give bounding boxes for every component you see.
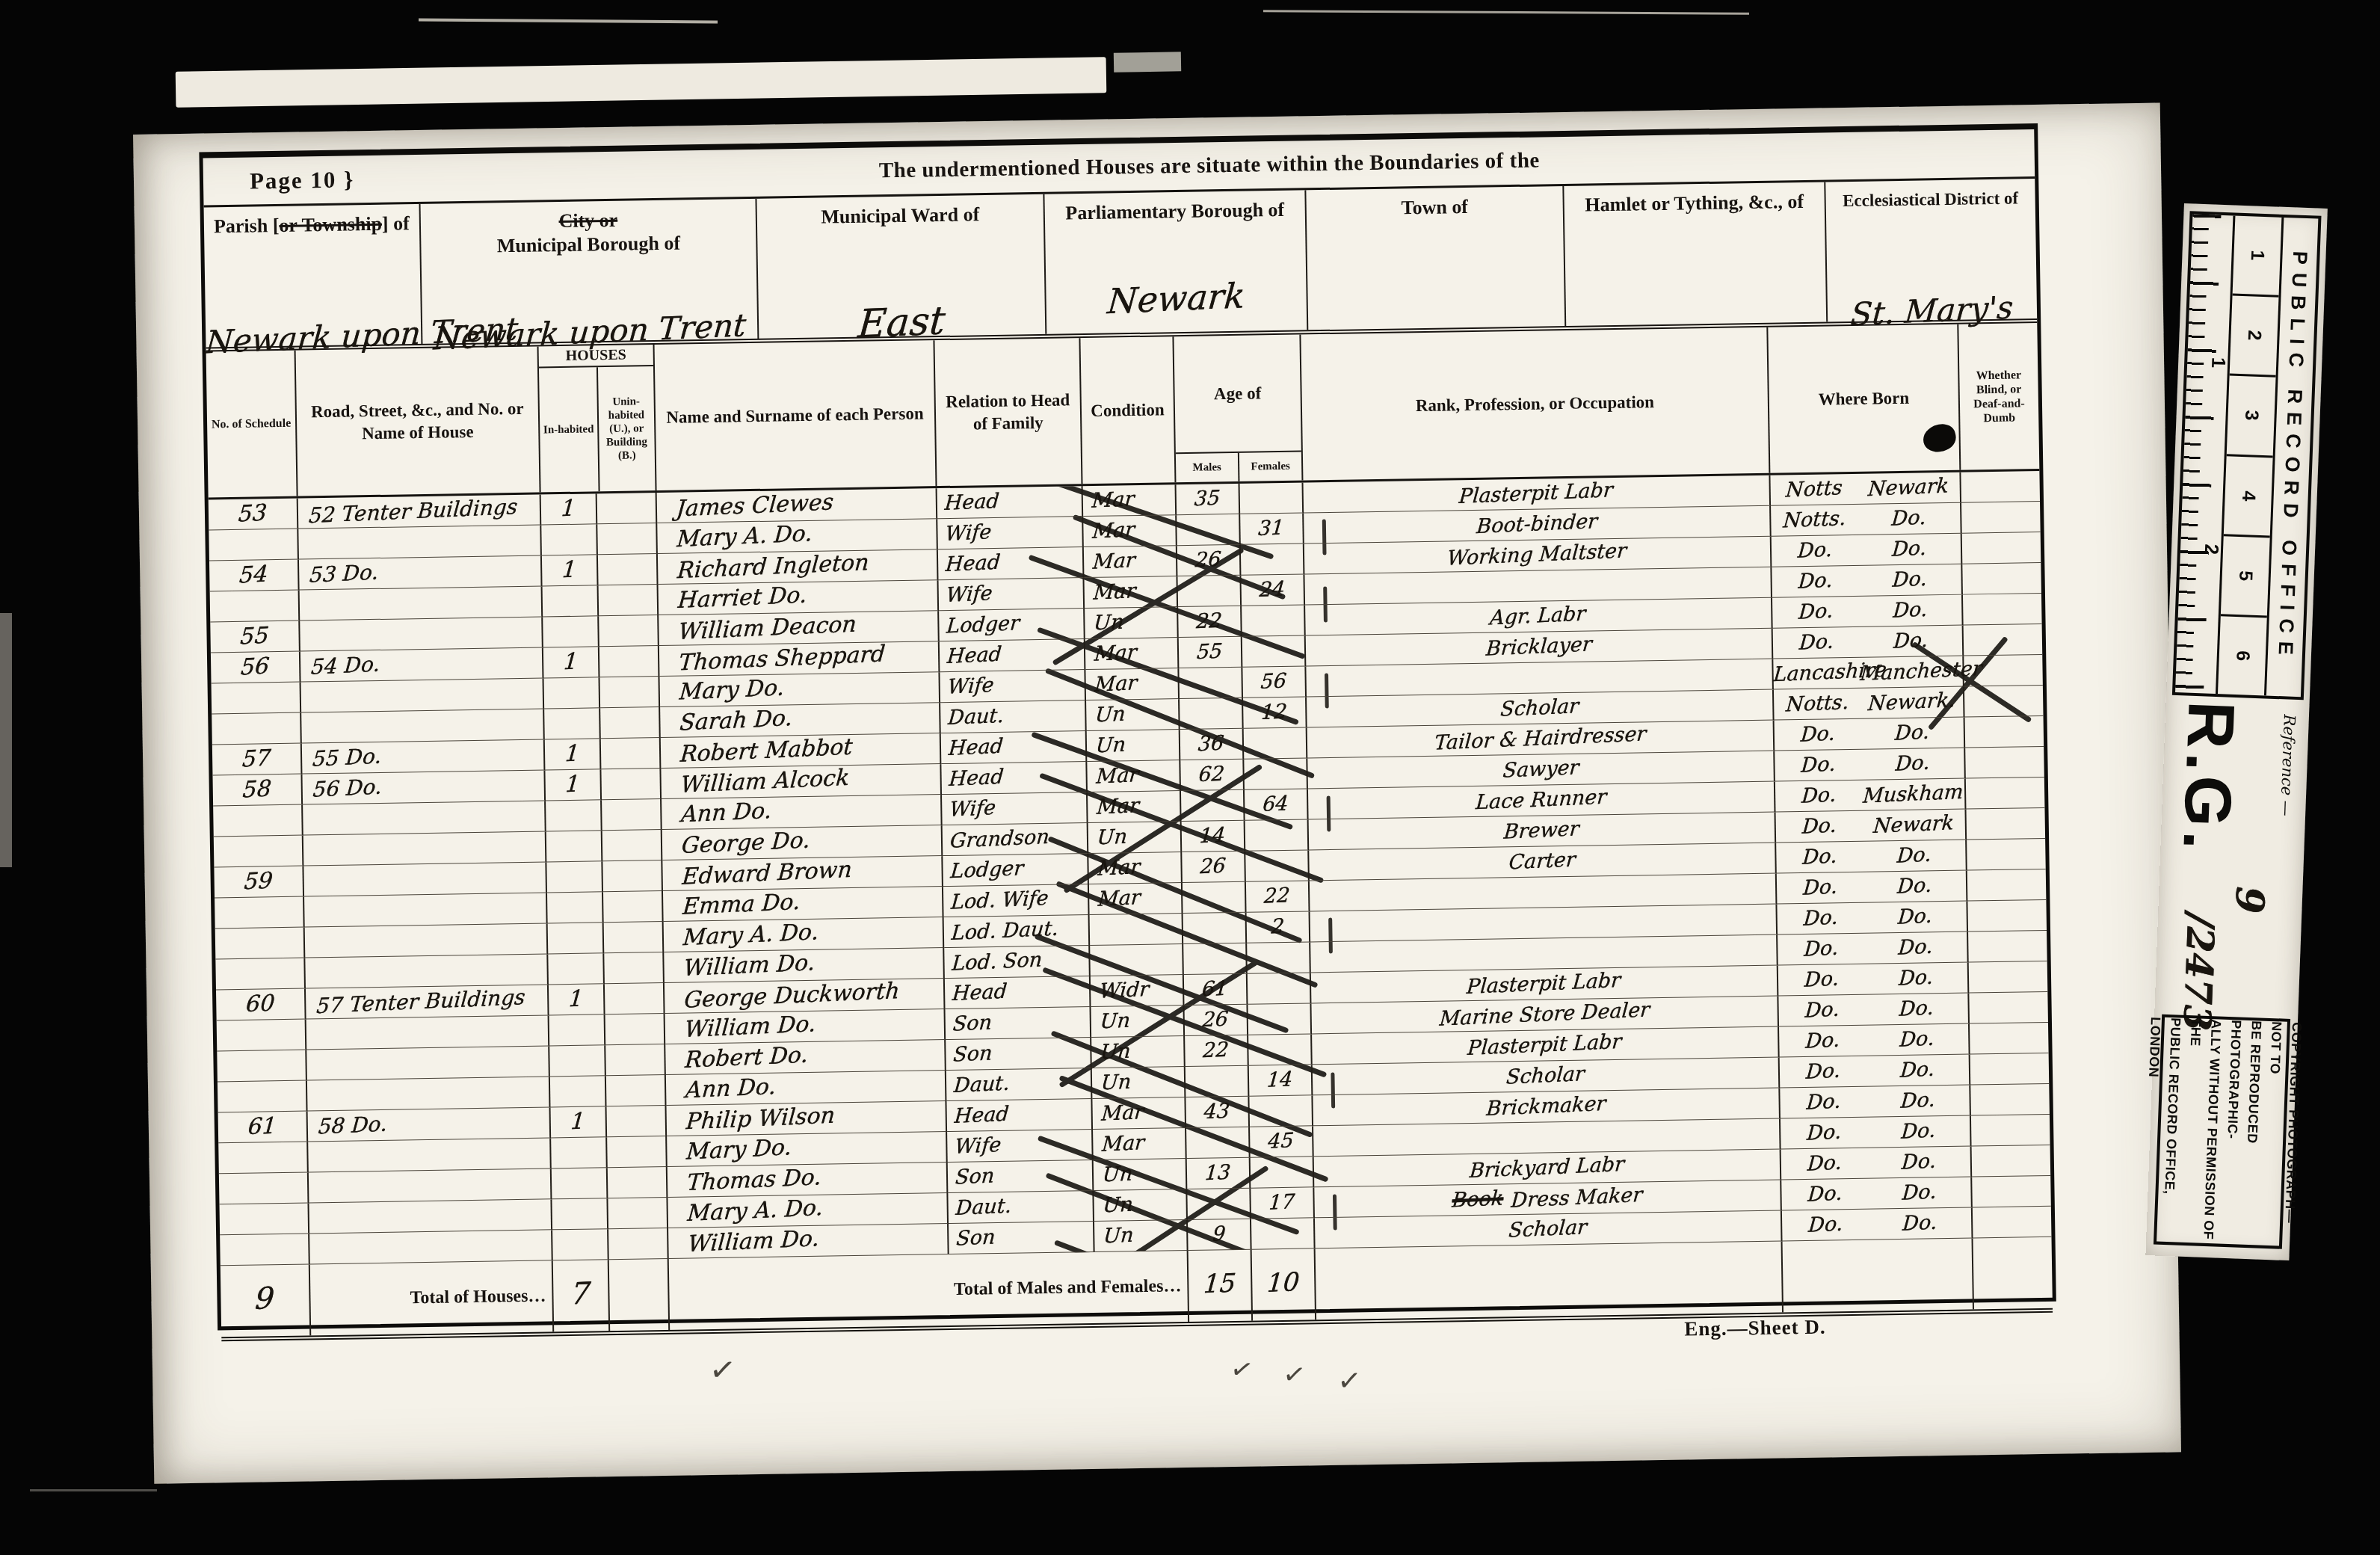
cell-name: Robert Do. bbox=[665, 1040, 946, 1075]
cell-born: Do.Do. bbox=[1773, 626, 1964, 659]
census-rows: 5352 Tenter Buildings1James ClewesHeadMa… bbox=[209, 471, 2052, 1266]
cell-f bbox=[1248, 973, 1312, 1004]
cell-inh bbox=[541, 524, 598, 555]
cell-uninh bbox=[602, 799, 662, 831]
males-total: 15 bbox=[1189, 1250, 1253, 1322]
cell-born: Do.Muskham bbox=[1775, 779, 1967, 813]
cell-inh bbox=[552, 1198, 608, 1230]
cell-born: Do.Do. bbox=[1781, 1177, 1973, 1211]
cell-f bbox=[1247, 942, 1311, 973]
born-place: Do. bbox=[1863, 900, 1968, 934]
cell-sched: 55 bbox=[210, 621, 300, 653]
cell-uninh bbox=[605, 983, 665, 1014]
born-county: Notts. bbox=[1773, 687, 1862, 721]
cell-inh bbox=[543, 677, 600, 709]
cell-born: Do.Do. bbox=[1779, 1024, 1970, 1058]
film-scratch bbox=[30, 1489, 157, 1491]
cell-uninh bbox=[606, 1075, 667, 1106]
district-label: Parish [or Township] of bbox=[204, 212, 419, 239]
cell-sched: 57 bbox=[212, 744, 303, 776]
cell-house bbox=[309, 1199, 552, 1234]
born-place: Do. bbox=[1858, 532, 1962, 567]
cell-born: Do.Do. bbox=[1781, 1147, 1973, 1180]
cell-cond: Mar bbox=[1087, 760, 1181, 792]
cell-blind bbox=[1961, 502, 2041, 534]
born-footer-cell bbox=[1783, 1239, 1974, 1313]
cell-f bbox=[1249, 1095, 1313, 1127]
cell-name: William Alcock bbox=[661, 764, 942, 799]
born-place: Do. bbox=[1864, 961, 1969, 996]
cell-f: 45 bbox=[1250, 1126, 1314, 1157]
cell-rel: Son bbox=[946, 1038, 1092, 1071]
cell-house bbox=[303, 862, 547, 896]
cell-born: Do.Newark bbox=[1776, 810, 1967, 843]
cell-house bbox=[298, 525, 542, 559]
cell-blind bbox=[1971, 1115, 2050, 1147]
cell-blind bbox=[1964, 686, 2044, 718]
cell-born: Do.Do. bbox=[1782, 1208, 1973, 1242]
district-value: Newark upon Trent bbox=[206, 316, 422, 357]
cell-uninh bbox=[607, 1106, 668, 1137]
born-place: Do. bbox=[1860, 716, 1965, 751]
film-background: Page 10 } The undermentioned Houses are … bbox=[0, 0, 2380, 1555]
cell-inh bbox=[547, 892, 604, 923]
cell-cond: Un bbox=[1094, 1220, 1189, 1252]
born-place: Do. bbox=[1863, 931, 1968, 965]
cell-uninh bbox=[603, 891, 664, 923]
ruler-number: 6 bbox=[2231, 650, 2253, 662]
born-county: Do. bbox=[1780, 1147, 1869, 1180]
cell-f: 17 bbox=[1251, 1187, 1315, 1219]
cell-sched bbox=[215, 897, 305, 929]
cell-house bbox=[301, 709, 545, 743]
adjacent-page-edge bbox=[176, 57, 1107, 108]
born-place: Do. bbox=[1867, 1176, 1972, 1210]
district-borough: City orMunicipal Borough of Newark upon … bbox=[421, 199, 759, 344]
cell-blind bbox=[1962, 563, 2041, 595]
check-mark: ✓ bbox=[1336, 1363, 1363, 1398]
cell-f bbox=[1245, 819, 1310, 851]
cell-born: Do.Do. bbox=[1776, 840, 1967, 874]
cell-blind bbox=[1967, 900, 2047, 932]
cell-blind bbox=[1972, 1145, 2051, 1177]
ruler: 1 2 1 2 3 4 5 6 PUBLIC RECORD OFFICE bbox=[2172, 211, 2322, 700]
cell-rel: Daut. bbox=[946, 1068, 1093, 1101]
cell-rel: Head bbox=[938, 547, 1085, 580]
cell-m: 62 bbox=[1180, 760, 1245, 791]
inch-number: 2 bbox=[2200, 544, 2224, 555]
blind-footer-cell bbox=[1973, 1237, 2052, 1310]
cell-f: 64 bbox=[1245, 789, 1309, 820]
born-county: Notts bbox=[1769, 472, 1858, 506]
schedule-total-cell: 9 bbox=[221, 1264, 311, 1337]
cell-house bbox=[305, 923, 549, 958]
reference-section: Reference — R.G. 9 /2473 bbox=[2154, 697, 2310, 1023]
cell-blind bbox=[1969, 961, 2048, 994]
cell-f: 12 bbox=[1243, 697, 1307, 728]
page-number: Page 10 } bbox=[203, 162, 564, 195]
cell-name: Thomas Sheppard bbox=[659, 641, 940, 677]
cell-cond: Un bbox=[1092, 1067, 1186, 1099]
born-county: Do. bbox=[1775, 779, 1863, 813]
cell-cond: Un bbox=[1086, 699, 1180, 731]
born-county: Do. bbox=[1778, 1055, 1867, 1088]
born-county: Do. bbox=[1773, 718, 1862, 751]
cell-cond: Mar bbox=[1088, 791, 1182, 823]
cell-blind bbox=[1969, 992, 2048, 1024]
col-inhabited: In-habited bbox=[539, 367, 600, 492]
cell-sched: 59 bbox=[214, 866, 304, 899]
cell-name: William Deacon bbox=[659, 611, 940, 646]
cell-cond: Un bbox=[1085, 607, 1179, 639]
cell-house: 53 Do. bbox=[299, 555, 543, 590]
cell-f bbox=[1242, 605, 1306, 636]
cell-sched bbox=[214, 836, 304, 868]
cell-uninh bbox=[601, 738, 662, 769]
cell-sched: 56 bbox=[211, 652, 301, 684]
cell-house bbox=[309, 1230, 553, 1264]
cell-blind bbox=[1970, 1023, 2049, 1055]
born-place: Do. bbox=[1860, 747, 1965, 781]
cell-rel: Head bbox=[946, 1099, 1093, 1132]
cell-uninh bbox=[598, 554, 659, 585]
col-houses-group: HOUSES In-habited Unin-habited (U.), or … bbox=[539, 345, 657, 492]
cell-uninh bbox=[605, 1014, 666, 1045]
cell-uninh bbox=[602, 830, 663, 861]
cell-born: Do.Do. bbox=[1777, 902, 1968, 935]
total-mf-label: Total of Males and Females… bbox=[669, 1251, 1189, 1330]
cell-house bbox=[301, 678, 545, 712]
cell-cond: Un bbox=[1091, 1006, 1185, 1038]
cell-house bbox=[306, 1015, 550, 1050]
cell-inh: 1 bbox=[541, 493, 598, 525]
cell-house: 58 Do. bbox=[308, 1107, 552, 1142]
col-females: Females bbox=[1239, 452, 1302, 481]
born-place: Do. bbox=[1858, 594, 1963, 628]
cell-f: 22 bbox=[1246, 881, 1310, 912]
cell-uninh bbox=[608, 1167, 668, 1198]
district-label: Town of bbox=[1307, 194, 1563, 221]
col-condition: Condition bbox=[1080, 336, 1176, 484]
cell-blind bbox=[1962, 532, 2041, 564]
cell-born: Do.Do. bbox=[1775, 718, 1966, 751]
col-blind: Whether Blind, or Deaf-and-Dumb bbox=[1958, 323, 2039, 470]
ruler-number: 1 bbox=[2246, 250, 2268, 261]
cell-name: Mary A. Do. bbox=[668, 1193, 949, 1228]
born-place: Do. bbox=[1865, 1023, 1970, 1057]
district-ward: Municipal Ward of East bbox=[756, 194, 1046, 339]
cell-name: William Do. bbox=[665, 1009, 946, 1044]
cell-m: 22 bbox=[1178, 606, 1242, 638]
col-road: Road, Street, &c., and No. or Name of Ho… bbox=[296, 347, 541, 496]
cell-inh: 1 bbox=[551, 1106, 608, 1138]
cell-cond bbox=[1090, 914, 1184, 946]
check-mark: ✓ bbox=[1227, 1352, 1257, 1388]
cell-sched: 54 bbox=[209, 560, 300, 592]
cell-m bbox=[1183, 882, 1247, 914]
cell-inh bbox=[550, 1076, 607, 1107]
cell-house bbox=[300, 586, 543, 621]
born-place: Do. bbox=[1866, 1115, 1971, 1149]
cell-name: Mary Do. bbox=[659, 672, 940, 707]
cell-house bbox=[309, 1168, 552, 1203]
cell-cond: Un bbox=[1091, 1036, 1186, 1068]
cell-rel: Daut. bbox=[940, 700, 1087, 733]
cell-name: Edward Brown bbox=[662, 856, 943, 891]
cell-rel: Head bbox=[937, 486, 1084, 519]
cell-born: Do.Do. bbox=[1772, 534, 1963, 567]
females-total: 10 bbox=[1252, 1248, 1316, 1320]
cell-inh bbox=[548, 923, 605, 954]
cell-rel: Grandson bbox=[943, 823, 1089, 856]
cell-f bbox=[1248, 1003, 1312, 1035]
born-county: Do. bbox=[1772, 595, 1860, 629]
cell-rel: Head bbox=[941, 731, 1088, 764]
cell-rel: Son bbox=[948, 1160, 1094, 1193]
born-county: Lancashire bbox=[1772, 656, 1861, 690]
col-relation: Relation to Head of Family bbox=[934, 338, 1082, 486]
film-scratch bbox=[419, 19, 718, 24]
cell-sched bbox=[212, 713, 302, 745]
born-place: Muskham bbox=[1861, 777, 1966, 812]
cell-sched bbox=[219, 1172, 309, 1204]
cell-cond: Un bbox=[1094, 1159, 1188, 1191]
cell-name: Harriet Do. bbox=[659, 580, 940, 615]
cell-cond: Mar bbox=[1083, 484, 1177, 517]
cell-cond: Mar bbox=[1093, 1128, 1187, 1160]
census-page: Page 10 } The undermentioned Houses are … bbox=[133, 102, 2181, 1483]
cell-name: Mary Do. bbox=[667, 1132, 948, 1167]
cell-cond: Mar bbox=[1092, 1097, 1186, 1130]
cell-blind bbox=[1968, 931, 2047, 963]
cell-inh bbox=[549, 1014, 606, 1046]
born-place: Newark bbox=[1862, 808, 1967, 843]
record-office-strip: 1 2 1 2 3 4 5 6 PUBLIC RECORD OFFICE Ref… bbox=[2145, 203, 2327, 1260]
cell-m: 9 bbox=[1188, 1219, 1252, 1251]
cell-uninh bbox=[599, 615, 659, 647]
cell-m bbox=[1183, 943, 1248, 975]
ruler-number: 2 bbox=[2243, 330, 2265, 341]
district-parliamentary: Parliamentary Borough of Newark bbox=[1044, 190, 1308, 333]
cell-inh bbox=[544, 708, 601, 739]
cell-f: 31 bbox=[1240, 513, 1304, 544]
adjacent-page-edge bbox=[1114, 52, 1181, 73]
cell-blind bbox=[1963, 594, 2042, 626]
district-label: Parliamentary Borough of bbox=[1045, 197, 1305, 225]
cell-born: Do.Do. bbox=[1781, 1116, 1972, 1150]
cell-sched bbox=[219, 1203, 309, 1235]
cell-m bbox=[1177, 514, 1241, 546]
cell-sched bbox=[215, 928, 306, 960]
cell-inh bbox=[546, 800, 602, 831]
cell-cond: Mar bbox=[1084, 576, 1178, 609]
cell-f bbox=[1240, 482, 1304, 514]
cell-born: LancashireManchester bbox=[1773, 656, 1964, 690]
series-number: 9 bbox=[2226, 886, 2272, 914]
born-place: Do. bbox=[1866, 1053, 1970, 1088]
born-county: Do. bbox=[1778, 1024, 1867, 1058]
ruler-number: 5 bbox=[2234, 570, 2256, 582]
cell-sched: 61 bbox=[218, 1111, 309, 1143]
cell-inh: 1 bbox=[549, 984, 605, 1015]
uninhabited-total-cell bbox=[609, 1259, 670, 1331]
struck-word: Book bbox=[1451, 1183, 1505, 1216]
cell-f bbox=[1245, 850, 1310, 881]
cell-m bbox=[1179, 668, 1243, 699]
born-county: Do. bbox=[1775, 840, 1864, 874]
cell-born: Notts.Newark. bbox=[1774, 687, 1965, 721]
cell-f bbox=[1251, 1218, 1316, 1249]
cell-rel: Lodger bbox=[943, 854, 1089, 887]
district-value: Newark bbox=[1046, 276, 1307, 320]
col-males: Males bbox=[1176, 453, 1240, 482]
born-place: Do. bbox=[1867, 1145, 1972, 1180]
cell-sched: 53 bbox=[209, 499, 299, 531]
cell-m: 43 bbox=[1186, 1097, 1250, 1128]
cell-sched bbox=[210, 591, 300, 623]
cell-blind bbox=[1973, 1207, 2052, 1239]
cell-m: 26 bbox=[1184, 1005, 1248, 1036]
cell-f bbox=[1251, 1157, 1315, 1188]
cell-rel: Son bbox=[946, 1007, 1092, 1040]
ruler-number: 3 bbox=[2240, 410, 2262, 421]
district-value: East bbox=[759, 298, 1046, 348]
born-county: Do. bbox=[1771, 564, 1860, 598]
cell-cond: Mar bbox=[1084, 546, 1178, 578]
cell-uninh bbox=[602, 860, 663, 892]
cell-inh bbox=[549, 1045, 606, 1077]
cell-blind bbox=[1967, 839, 2046, 871]
cell-cond: Mar bbox=[1083, 515, 1177, 547]
cell-m bbox=[1187, 1189, 1251, 1220]
cell-m bbox=[1186, 1066, 1250, 1097]
district-town: Town of bbox=[1306, 186, 1566, 330]
ruler-number: 4 bbox=[2237, 490, 2259, 502]
cell-house bbox=[300, 617, 543, 651]
cell-blind bbox=[1966, 808, 2045, 840]
cell-inh bbox=[546, 831, 603, 862]
cell-f bbox=[1248, 1034, 1313, 1065]
reference-label: Reference — bbox=[2277, 714, 2299, 816]
cell-inh: 1 bbox=[543, 647, 600, 678]
cell-house bbox=[308, 1138, 552, 1172]
cell-uninh bbox=[605, 1044, 666, 1076]
col-name: Name and Surname of each Person bbox=[655, 340, 937, 490]
cell-name: Sarah Do. bbox=[660, 703, 941, 738]
cell-sched bbox=[209, 529, 299, 561]
cell-blind bbox=[1965, 716, 2044, 748]
born-place: Do. bbox=[1868, 1207, 1973, 1241]
cell-rel: Son bbox=[949, 1222, 1095, 1254]
born-place: Do. bbox=[1859, 624, 1964, 659]
cell-house bbox=[303, 831, 547, 866]
born-place: Newark. bbox=[1860, 686, 1964, 720]
cell-born: Do.Do. bbox=[1778, 932, 1969, 966]
cell-name: Thomas Do. bbox=[668, 1163, 949, 1198]
cell-uninh bbox=[601, 769, 662, 800]
census-table-frame: Page 10 } The undermentioned Houses are … bbox=[199, 123, 2056, 1330]
page-heading: The undermentioned Houses are situate wi… bbox=[564, 141, 2035, 188]
cell-inh bbox=[552, 1168, 608, 1199]
cell-inh bbox=[552, 1229, 609, 1260]
born-county: Do. bbox=[1775, 810, 1863, 843]
cell-name: George Do. bbox=[662, 825, 943, 860]
cell-born: Do.Do. bbox=[1778, 994, 1970, 1027]
cell-rel: Head bbox=[941, 762, 1088, 795]
cell-m: 61 bbox=[1184, 974, 1248, 1006]
cell-rel: Daut. bbox=[948, 1191, 1094, 1224]
cell-inh bbox=[551, 1137, 608, 1168]
cell-born: Do.Do. bbox=[1777, 871, 1968, 905]
cell-cond: Un bbox=[1087, 730, 1181, 762]
piece-number: /2473 bbox=[2174, 912, 2223, 1031]
cell-f bbox=[1244, 758, 1308, 789]
occupation-text: Dress Maker bbox=[1510, 1180, 1644, 1216]
rank-footer-cell bbox=[1316, 1242, 1784, 1320]
cell-sched bbox=[218, 1142, 309, 1174]
cell-born: Do.Do. bbox=[1780, 1055, 1971, 1088]
cell-f: 2 bbox=[1247, 911, 1311, 943]
cell-m: 35 bbox=[1177, 484, 1241, 515]
cell-sched bbox=[217, 1050, 307, 1083]
cell-name: Emma Do. bbox=[663, 887, 944, 922]
col-uninhabited: Unin-habited (U.), or Building (B.) bbox=[598, 366, 656, 491]
district-label: City orMunicipal Borough of bbox=[421, 206, 756, 259]
cell-house bbox=[307, 1077, 551, 1111]
cell-house: 57 Tenter Buildings bbox=[306, 985, 549, 1019]
district-label: Ecclesiastical District of bbox=[1825, 186, 2035, 213]
cell-cond: Un bbox=[1094, 1189, 1188, 1222]
cell-blind bbox=[1972, 1176, 2051, 1208]
sheet-label: Eng.—Sheet D. bbox=[1684, 1316, 1826, 1341]
cell-born: Do.Do. bbox=[1778, 963, 1970, 997]
cell-sched: 58 bbox=[212, 775, 303, 807]
district-value: St. Mary's bbox=[1828, 291, 2038, 330]
cell-inh: 1 bbox=[545, 769, 602, 801]
cell-rel: Lod. Son bbox=[944, 946, 1091, 979]
cell-house bbox=[306, 1046, 550, 1080]
cell-blind bbox=[1967, 869, 2047, 902]
cell-f: 24 bbox=[1241, 574, 1305, 606]
cell-blind bbox=[1961, 471, 2040, 503]
born-place: Do. bbox=[1863, 869, 1967, 904]
cell-m: 26 bbox=[1177, 545, 1242, 576]
born-place: Do. bbox=[1862, 839, 1967, 873]
district-value: Newark upon Trent bbox=[422, 311, 758, 353]
cell-inh bbox=[543, 616, 599, 647]
born-county: Do. bbox=[1777, 932, 1866, 966]
total-houses-label: Total of Houses… bbox=[310, 1260, 554, 1335]
born-place: Do. bbox=[1857, 502, 1961, 536]
cell-born: Do.Do. bbox=[1780, 1086, 1971, 1119]
cell-sched bbox=[215, 958, 306, 991]
born-county: Do. bbox=[1778, 963, 1866, 997]
cell-blind bbox=[1964, 655, 2043, 687]
col-age-group: Age of Males Females bbox=[1174, 334, 1303, 482]
cell-cond bbox=[1090, 944, 1184, 976]
cell-uninh bbox=[597, 493, 658, 524]
check-mark: ✓ bbox=[1280, 1358, 1307, 1392]
cell-born: Do.Do. bbox=[1772, 595, 1964, 629]
cell-f bbox=[1244, 727, 1308, 759]
inch-number: 1 bbox=[2207, 357, 2231, 369]
cell-cond: Un bbox=[1088, 822, 1183, 854]
cell-f: 14 bbox=[1249, 1065, 1313, 1096]
born-place: Do. bbox=[1866, 1084, 1970, 1118]
col-rank: Rank, Profession, or Occupation bbox=[1301, 327, 1770, 481]
cell-name: Mary A. Do. bbox=[657, 519, 938, 554]
cell-m bbox=[1186, 1127, 1251, 1159]
